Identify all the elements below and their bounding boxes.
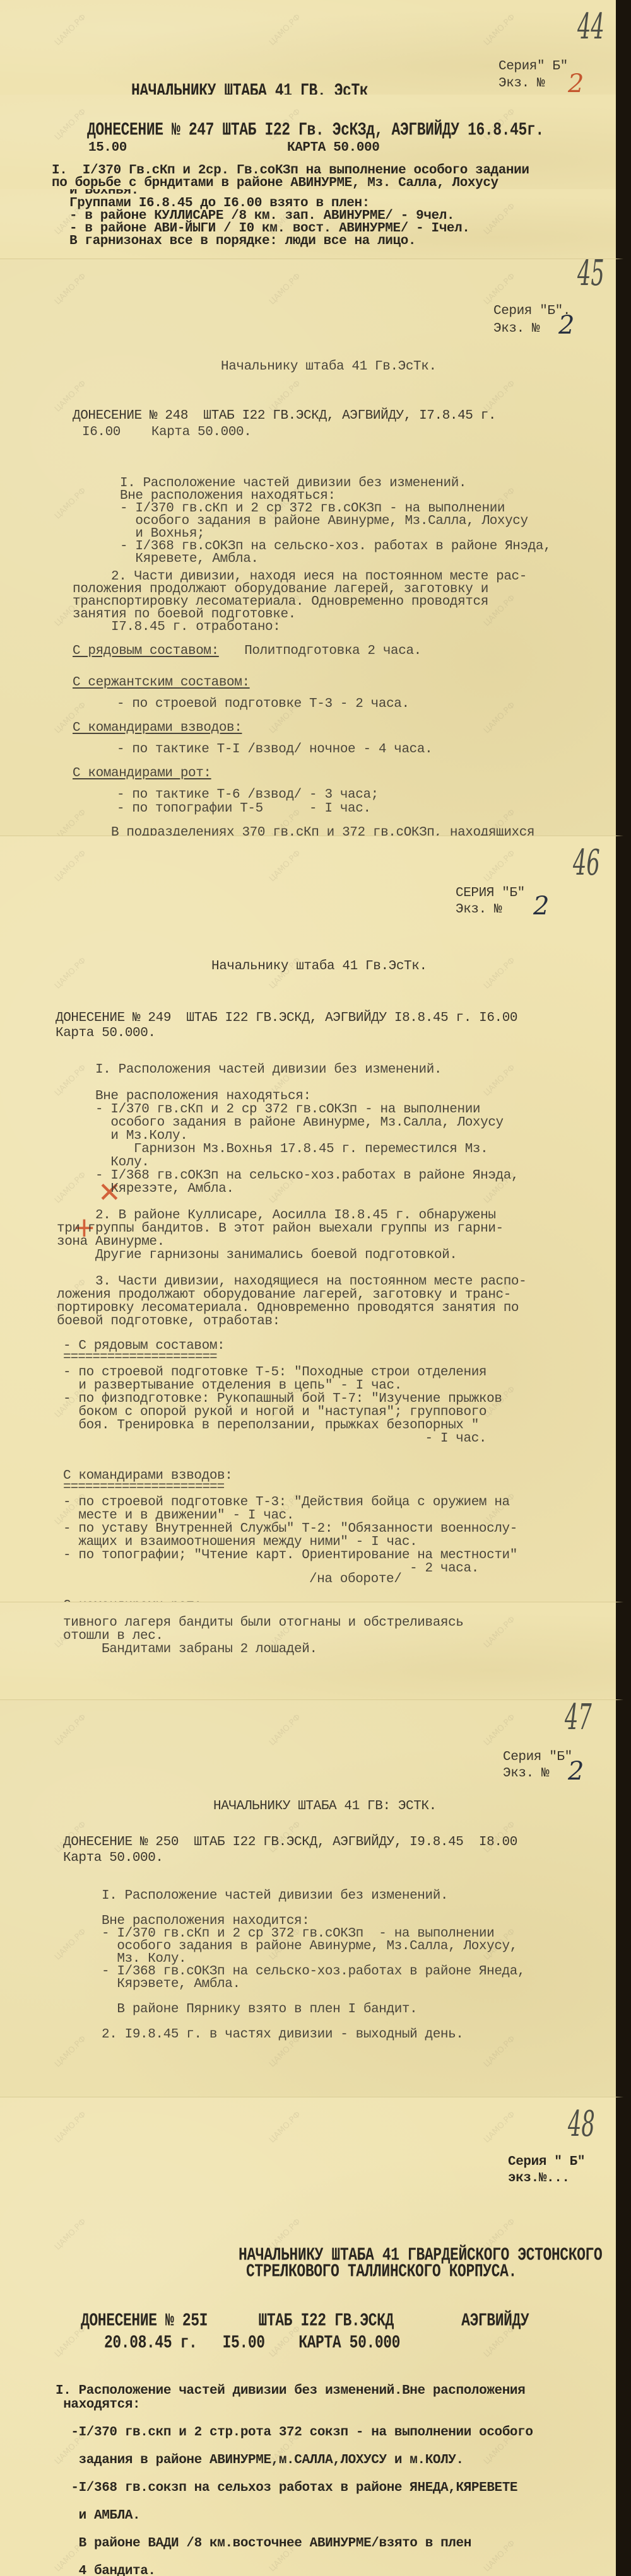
text-line: зона Авинурме. (57, 1235, 165, 1249)
text-line: Мз. Колу. (63, 1952, 186, 1966)
text-line: особого задания в районе Авинурме, Мз.Са… (120, 515, 528, 528)
addressee: Начальнику штаба 41 Гв.ЭсТк. (221, 360, 437, 373)
watermark: ЦАМО.РФ (482, 272, 517, 307)
report-247-body: ДОНЕСЕНИЕ № 247 ШТАБ I22 Гв. ЭсКЗд, АЭГВ… (0, 95, 623, 189)
report-header: ДОНЕСЕНИЕ № 249 ШТАБ I22 ГВ.ЭСКД, АЭГВИЙ… (56, 1011, 517, 1025)
report-247-tail: и Вохнья.Группами I6.8.45 до I6.00 взято… (0, 189, 623, 259)
addressee-line-2: СТРЕЛКОВОГО ТАЛЛИНСКОГО КОРПУСА. (246, 2263, 517, 2281)
watermark: ЦАМО.РФ (482, 2034, 517, 2070)
report-time-map: I6.00 Карта 50.000. (82, 426, 251, 439)
series-label: СЕРИЯ "Б" (456, 887, 525, 900)
text-line: Кярезэте, Амбла. (57, 1182, 234, 1196)
page-number-handwritten: 44 (577, 6, 604, 47)
text-line: - по строевой подготовке Т-5: "Походные … (63, 1366, 487, 1379)
watermark: ЦАМО.РФ (268, 2110, 303, 2145)
report-247-sheet: 44 Серия" Б" Экз. № 2 НАЧАЛЬНИКУ ШТАБА 4… (0, 0, 623, 95)
underline-rule: ===================== (63, 1351, 217, 1364)
watermark: ЦАМО.РФ (482, 13, 517, 48)
report-250-sheet: 47 Серия "Б" Экз. № 2 НАЧАЛЬНИКУ ШТАБА 4… (0, 1699, 623, 2097)
text-line: I. Расположение частей дивизии без измен… (56, 2384, 525, 2398)
text-line: - по строевой подготовке Т-3 - 2 часа. (117, 697, 410, 711)
text-line: 2. I9.8.45 г. в частях дивизии - выходны… (63, 2028, 464, 2041)
copy-label: Экз. № (493, 322, 540, 335)
text-line: - I/368 гв.сОКЗп на сельско-хоз.работах … (57, 1169, 519, 1182)
text-line: В подразделениях 370 гв.сКп и 372 гв.сОК… (73, 826, 534, 836)
text-line: Вне расположения находится: (63, 1915, 309, 1928)
text-line: Бандитами забраны 2 лошадей. (63, 1643, 317, 1656)
text-line: - I/368 гв.сОКЗп на сельско-хоз.работах … (63, 1965, 525, 1978)
copy-number-handwritten: 2 (558, 311, 574, 340)
watermark: ЦАМО.РФ (482, 956, 517, 991)
text-line: - по тактике Т-6 /взвод/ - 3 часа; (117, 788, 379, 801)
text-line: - в районе КУЛЛИСАРЕ /8 км. зап. АВИНУРМ… (69, 209, 454, 223)
text-line: и развертывание отделения в цепь" - I ча… (63, 1379, 402, 1392)
text-line: транспортировку лесоматериала. Одновреме… (73, 595, 488, 609)
report-map: Карта 50.000. (56, 1027, 156, 1040)
text-line: задания в районе АВИНУРМЕ,м.САЛЛА,ЛОХУСУ… (56, 2454, 464, 2467)
text-line: и АМБЛА. (56, 2509, 140, 2522)
text-line: I. I/370 Гв.сКп и 2ср. Гв.соКЗп на выпол… (52, 164, 529, 177)
text-line: находятся: (56, 2398, 140, 2411)
text-line: Группами I6.8.45 до I6.00 взято в плен: (69, 197, 370, 210)
series-label: Серия" Б" (498, 60, 568, 73)
text-line: Другие гарнизоны занимались боевой подго… (57, 1249, 457, 1262)
text-line: - по уставу Внутренней Службы" Т-2: "Обя… (63, 1522, 517, 1536)
series-label: Серия " Б" (508, 2155, 585, 2169)
text-line: 2. Части дивизии, находя иеся на постоян… (73, 570, 527, 583)
text-line: - в районе АВИ-ЙЫГИ / I0 км. вост. АВИНУ… (69, 222, 470, 235)
text-line: I. Расположение частей дивизии без измен… (120, 477, 466, 490)
text-line: Кярэвете, Амбла. (63, 1978, 240, 1991)
text-line: особого задания в районе Авинурме, Мз.Са… (63, 1940, 517, 1953)
watermark: ЦАМО.РФ (53, 486, 88, 522)
text-line: I. Расположение частей дивизии без измен… (63, 1889, 448, 1903)
training-group: С рядовым составом: (73, 644, 219, 658)
page-number-handwritten: 45 (577, 259, 604, 294)
watermark: ЦАМО.РФ (53, 13, 88, 48)
watermark: ЦАМО.РФ (482, 849, 517, 884)
text-line: по борьбе с брндитами в районе АВИНУРМЕ,… (52, 177, 498, 189)
report-header: ДОНЕСЕНИЕ № 248 ШТАБ I22 ГВ.ЭСКД, АЭГВИЙ… (73, 409, 496, 423)
text-line: - по топографии Т-5 - I час. (117, 802, 371, 815)
text-line: Политподготовка 2 часа. (221, 644, 422, 658)
copy-label: экз.№... (508, 2172, 570, 2185)
watermark: ЦАМО.РФ (268, 849, 303, 884)
text-line: - 2 часа. (63, 1562, 479, 1575)
underline-rule: ====================== (63, 1481, 224, 1494)
addressee: Начальнику штаба 41 Гв.ЭсТк. (211, 960, 427, 973)
text-line: - I/368 гв.сОКЗп на сельско-хоз. работах… (120, 540, 551, 553)
text-line: три группы бандитов. В этот район выехал… (57, 1222, 504, 1235)
text-line: Колу. (57, 1156, 149, 1169)
text-line: отошли в лес. (63, 1629, 163, 1643)
text-line: портировку лесоматериала. Одновременно п… (57, 1302, 519, 1315)
training-group: С сержантским составом: (73, 676, 250, 689)
series-label: Серия "Б" (503, 1751, 572, 1764)
page-number-handwritten: 47 (565, 1699, 592, 1738)
watermark: ЦАМО.РФ (268, 13, 303, 48)
watermark: ЦАМО.РФ (53, 956, 88, 991)
text-line: и Вохнья; (120, 527, 204, 540)
report-header: ДОНЕСЕНИЕ № 247 ШТАБ I22 Гв. ЭсКЗд, АЭГВ… (87, 121, 544, 139)
watermark: ЦАМО.РФ (53, 1713, 88, 1748)
report-249-continuation: тивного лагеря бандиты были отогнаны и о… (0, 1602, 623, 1699)
text-line: - по строевой подготовке Т-3: "Действия … (63, 1496, 510, 1509)
page-number-handwritten: 48 (568, 2104, 595, 2145)
watermark: ЦАМО.РФ (53, 107, 88, 143)
text-line: - I/370 гв.сКп и 2 ср 372 гв.сОКЗп - на … (120, 502, 505, 515)
watermark: ЦАМО.РФ (268, 272, 303, 307)
text-line: месте и в движении" - I час. (63, 1509, 294, 1522)
watermark: ЦАМО.РФ (482, 2539, 517, 2574)
watermark: ЦАМО.РФ (482, 1713, 517, 1748)
report-date-time-map: 20.08.45 г. I5.00 КАРТА 50.000 (104, 2334, 400, 2352)
watermark: ЦАМО.РФ (53, 849, 88, 884)
report-249-sheet: 46 СЕРИЯ "Б" Экз. № 2 Начальнику штаба 4… (0, 836, 623, 1602)
watermark: ЦАМО.РФ (53, 2217, 88, 2253)
text-line: ложения продолжают оборудование лагерей,… (57, 1288, 511, 1302)
copy-label: Экз. № (456, 903, 502, 916)
page-number-handwritten: 46 (573, 842, 600, 883)
copy-number-red: 2 (568, 69, 584, 95)
text-line: особого задания в районе Авинурме, Мз.Са… (57, 1116, 504, 1129)
text-line: Кяревете, Амбла. (120, 552, 259, 566)
text-line: боком с опорой рукой и ногой и "наступая… (63, 1406, 487, 1419)
copy-label: Экз. № (503, 1767, 549, 1780)
watermark: ЦАМО.РФ (482, 202, 517, 237)
text-line: - I час. (63, 1432, 487, 1445)
text-line: 2. В районе Куллисаре, Аосилла I8.8.45 г… (57, 1209, 496, 1222)
text-line: - по физподготовке: Рукопашный бой Т-7: … (63, 1392, 502, 1406)
report-map: КАРТА 50.000 (287, 141, 379, 154)
text-line: - по тактике Т-I /взвод/ ночное - 4 часа… (117, 743, 432, 756)
text-line: и Мз.Колу. (57, 1129, 187, 1143)
report-header: ДОНЕСЕНИЕ № 250 ШТАБ I22 ГВ.ЭСКД, АЭГВИЙ… (63, 1836, 517, 1849)
copy-number-handwritten: 2 (568, 1757, 584, 1786)
text-line: 4 бандита. (56, 2565, 156, 2576)
text-line: боя. Тренировка в переползании, прыжках … (63, 1419, 479, 1432)
report-header: ДОНЕСЕНИЕ № 25I ШТАБ I22 ГВ.ЭСКД АЭГВИЙД… (81, 2312, 529, 2330)
watermark: ЦАМО.РФ (482, 2110, 517, 2145)
text-line: В районе Пярнику взято в плен I бандит. (63, 2003, 417, 2016)
text-line: жащих и взаимоотношения между ними" - I … (63, 1536, 417, 1549)
text-line: I7.8.45 г. отработано: (73, 621, 280, 634)
addressee: НАЧАЛЬНИКУ ШТАБА 41 ГВ: ЭСТК. (213, 1800, 437, 1813)
report-map: Карта 50.000. (63, 1851, 163, 1865)
text-line: В районе ВАДИ /8 км.восточнее АВИНУРМЕ/в… (56, 2537, 471, 2550)
text-line: Гарнизон Мз.Вохнья 17.8.45 г. переместил… (57, 1143, 488, 1156)
text-line: занятия по боевой подготовке. (73, 608, 296, 621)
text-line: - I/370 гв.сКп и 2 ср 372 гв.сОКЗп - на … (57, 1103, 480, 1116)
watermark: ЦАМО.РФ (482, 1063, 517, 1099)
text-line: I. Расположения частей дивизии без измен… (57, 1063, 442, 1076)
text-line: -I/368 гв.сокзп на сельхоз работах в рай… (56, 2481, 517, 2495)
text-line: тивного лагеря бандиты были отогнаны и о… (63, 1616, 464, 1629)
watermark: ЦАМО.РФ (482, 1615, 517, 1650)
watermark: ЦАМО.РФ (482, 701, 517, 736)
text-line: Вне расположения находяться: (120, 489, 336, 503)
text-line: Вне расположения находяться: (57, 1090, 311, 1103)
watermark: ЦАМО.РФ (53, 272, 88, 307)
text-line: В гарнизонах все в порядке: люди все на … (69, 235, 416, 248)
text-line: положения продолжают оборудование лагере… (73, 583, 488, 596)
watermark: ЦАМО.РФ (268, 1713, 303, 1748)
text-line: - по топографии; "Чтение карт. Ориентиро… (63, 1549, 517, 1562)
text-line: 3. Части дивизии, находящиеся на постоян… (57, 1275, 526, 1288)
report-time: 15.00 (88, 141, 127, 154)
text-line: боевой подготовке, отработав: (57, 1315, 280, 1328)
copy-label: Экз. № (498, 77, 545, 90)
text-line: - I/370 гв.сКп и 2 ср 372 гв.сОКЗп - на … (63, 1927, 494, 1940)
report-251-sheet: 48 Серия " Б" экз.№... НАЧАЛЬНИКУ ШТАБА … (0, 2097, 623, 2576)
training-group: С командирами рот: (73, 767, 211, 780)
training-group: С командирами взводов: (73, 721, 242, 735)
text-line: -I/370 гв.скп и 2 стр.рота 372 сокзп - н… (56, 2426, 533, 2439)
addressee: НАЧАЛЬНИКУ ШТАБА 41 ГВ. ЭсТк (131, 82, 368, 95)
watermark: ЦАМО.РФ (53, 2110, 88, 2145)
copy-number-handwritten: 2 (533, 892, 549, 921)
report-248-sheet: 45 Серия "Б". Экз. № 2 Начальнику штаба … (0, 259, 623, 836)
